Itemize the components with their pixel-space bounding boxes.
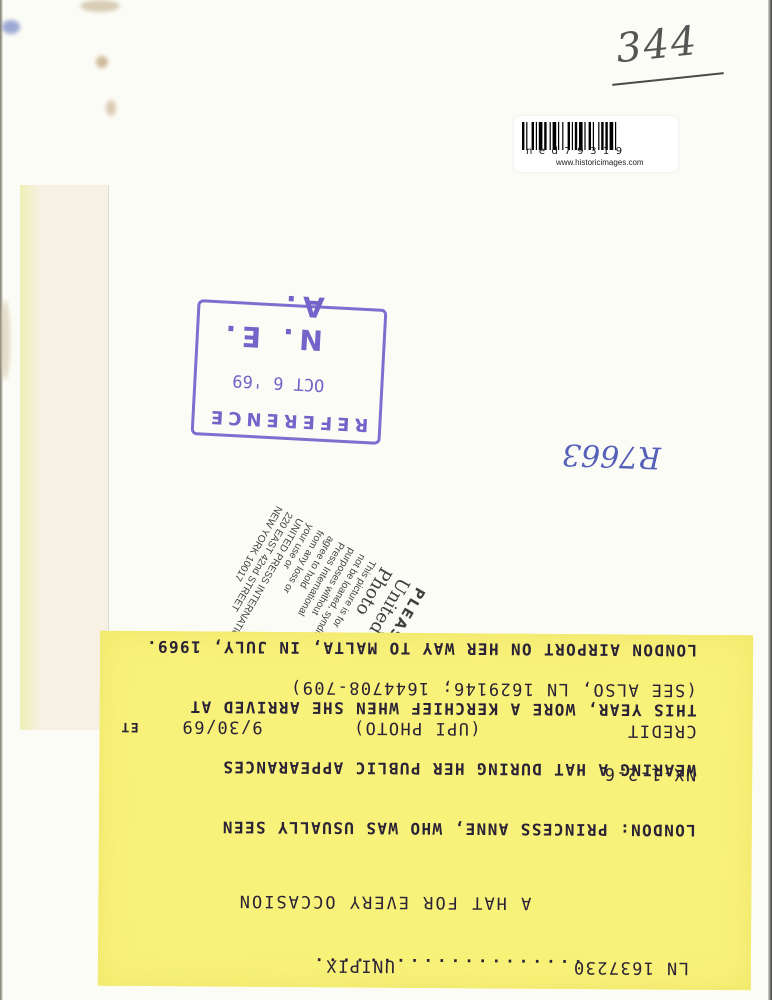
stamp-date: OCT 6 '69 (232, 370, 325, 395)
barcode-url: www.historicimages.com (556, 158, 644, 167)
handwritten-code: R7663 (561, 436, 661, 474)
stain (0, 300, 10, 380)
scan-edge-right (768, 0, 772, 1000)
credit-label: CREDIT (627, 721, 697, 739)
barcode-code: ned79319 (526, 146, 670, 157)
handwritten-number: 344 (614, 18, 701, 72)
caption-line: LONDON: PRINCESS ANNE, WHO WAS USUALLY S… (144, 816, 696, 840)
reference-stamp: REFERENCE OCT 6 '69 N. E. A. (191, 299, 388, 445)
handwritten-underline (612, 72, 724, 86)
stain (80, 0, 120, 12)
photo-id: LN 1637230 (572, 957, 688, 978)
initials: ET (120, 719, 139, 734)
scan-edge-left (0, 0, 3, 1000)
stain (106, 100, 116, 116)
ref-code: NX-1-2-6 (603, 763, 696, 784)
ink-smudge (2, 20, 20, 34)
stain (96, 56, 108, 68)
caption-text: LN 1637230 .................... UNIPIX A… (98, 631, 753, 991)
barcode-label: ned79319 www.historicimages.com (514, 116, 678, 172)
stamp-label: REFERENCE (206, 406, 369, 435)
agency: UNIPIX (325, 955, 395, 975)
caption-line: LONDON AIRPORT ON HER WAY TO MALTA, IN J… (145, 636, 697, 660)
caption-slip: LN 1637230 .................... UNIPIX A… (98, 631, 753, 991)
pasted-paper-strip (20, 185, 109, 730)
stamp-organization: N. E. A. (198, 284, 325, 356)
caption-date: 9/30/69 (181, 716, 263, 737)
photo-credit: (UPI PHOTO) (353, 717, 481, 738)
headline: A HAT FOR EVERY OCCASION (238, 891, 532, 913)
see-also: (SEE ALSO, LN 1629146; 1644708-709) (290, 677, 697, 700)
